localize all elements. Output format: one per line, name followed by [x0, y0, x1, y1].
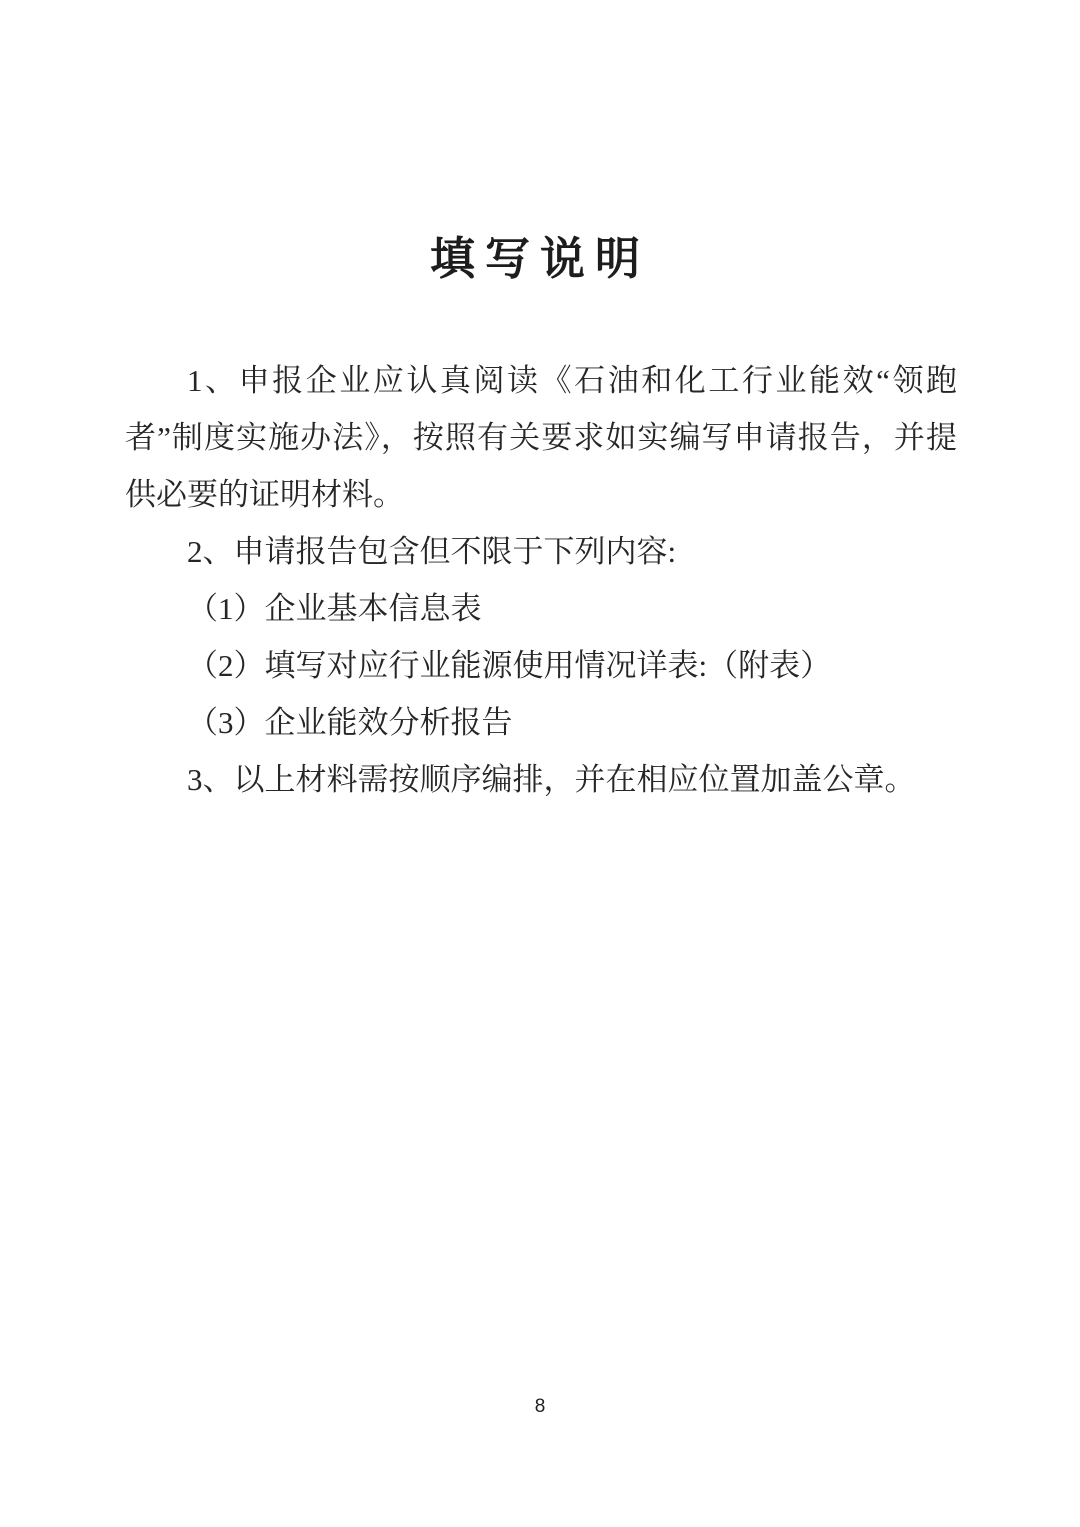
list-item-3: （3）企业能效分析报告	[125, 694, 957, 751]
page-number: 8	[0, 1396, 1080, 1418]
document-body: 1、申报企业应认真阅读《石油和化工行业能效“领跑者”制度实施办法》，按照有关要求…	[125, 352, 957, 808]
page-title: 填写说明	[0, 0, 1080, 287]
paragraph-instruction-2: 2、申请报告包含但不限于下列内容:	[125, 523, 957, 580]
list-item-2: （2）填写对应行业能源使用情况详表:（附表）	[125, 637, 957, 694]
paragraph-instruction-3: 3、以上材料需按顺序编排，并在相应位置加盖公章。	[125, 751, 957, 808]
paragraph-instruction-1: 1、申报企业应认真阅读《石油和化工行业能效“领跑者”制度实施办法》，按照有关要求…	[125, 352, 957, 523]
document-page: 填写说明 1、申报企业应认真阅读《石油和化工行业能效“领跑者”制度实施办法》，按…	[0, 0, 1080, 1527]
list-item-1: （1）企业基本信息表	[125, 580, 957, 637]
